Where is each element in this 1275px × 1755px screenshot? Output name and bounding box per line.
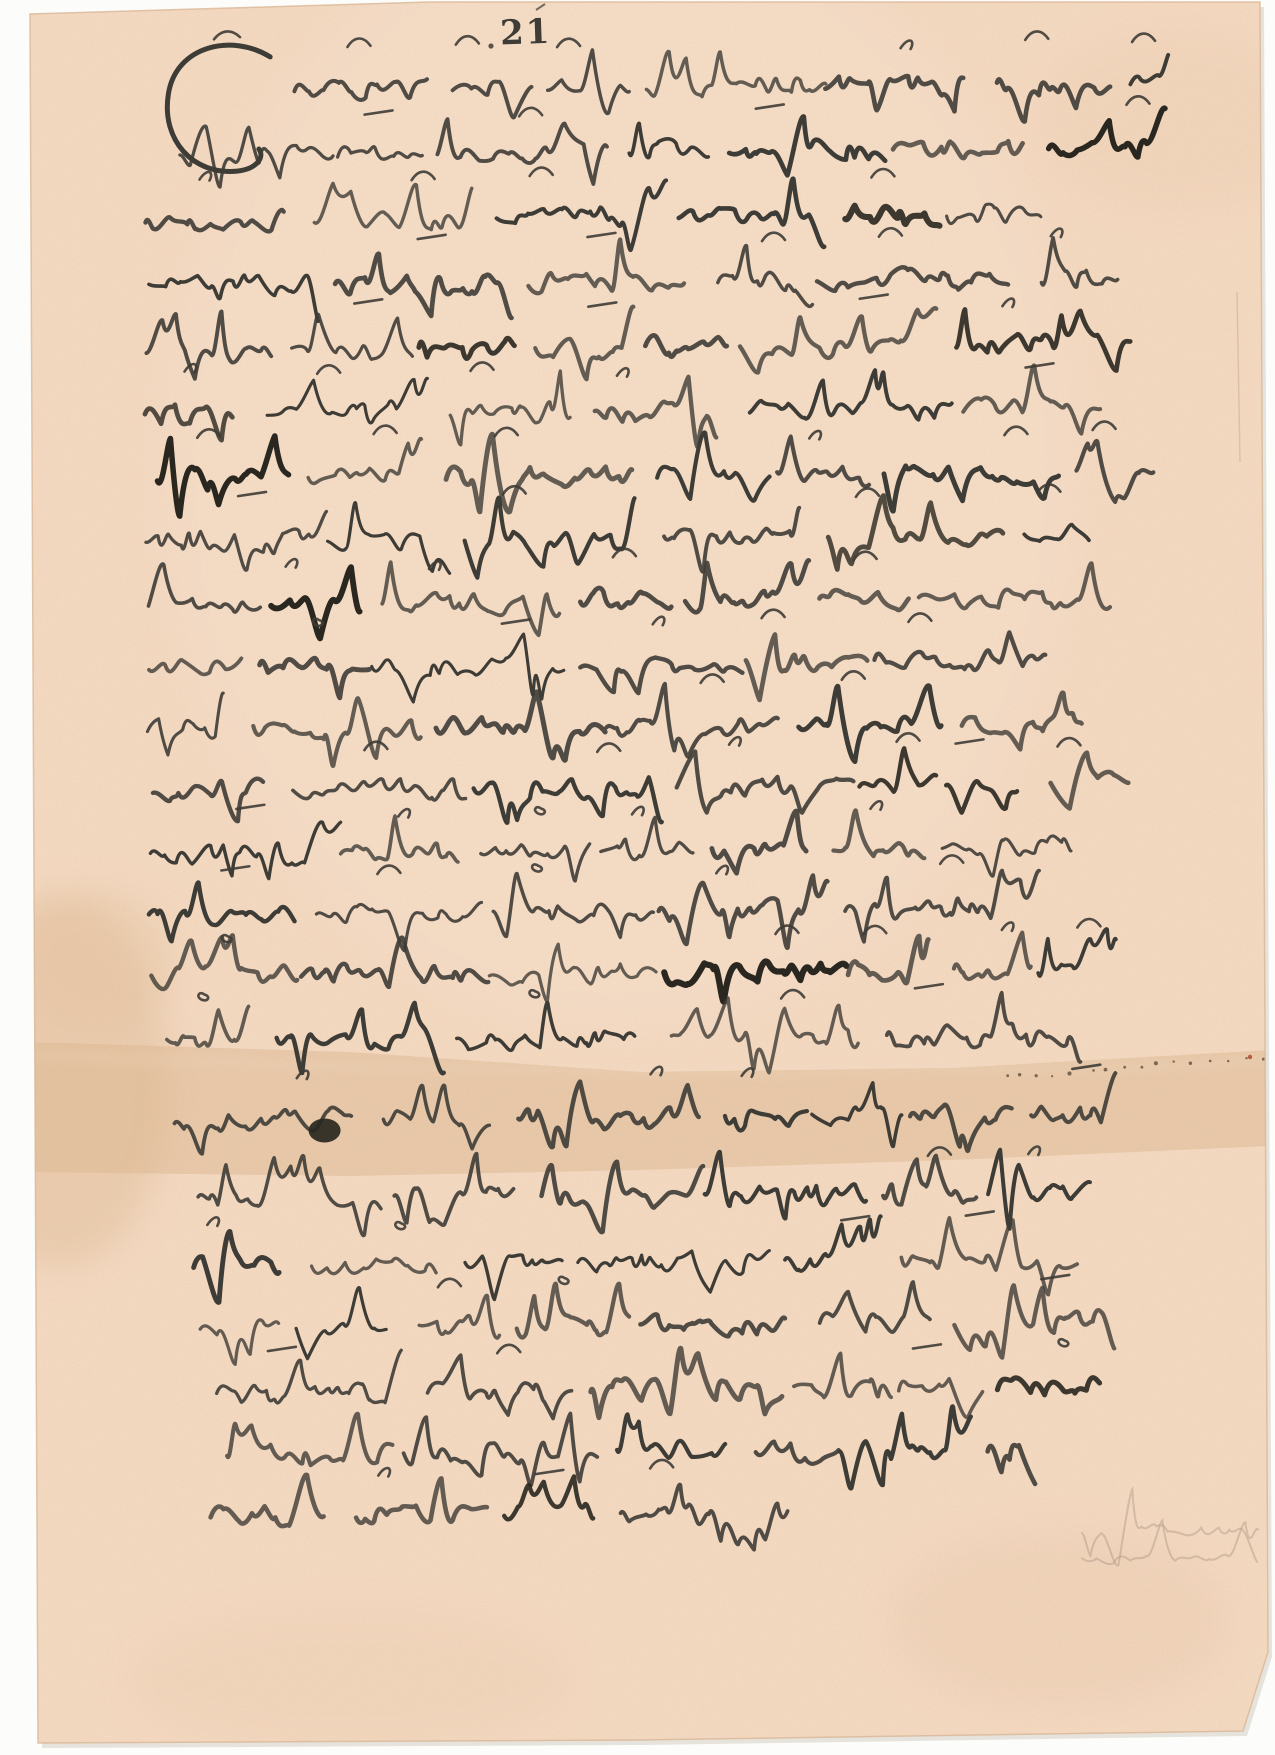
paper-texture	[0, 0, 1275, 1755]
margin-paren-mark	[7, 1318, 14, 1351]
manuscript-scan: 21	[0, 0, 1275, 1755]
scan-background: 21	[0, 0, 1275, 1755]
page-number: 21	[499, 12, 552, 54]
page-number-stray-dot	[488, 43, 493, 48]
